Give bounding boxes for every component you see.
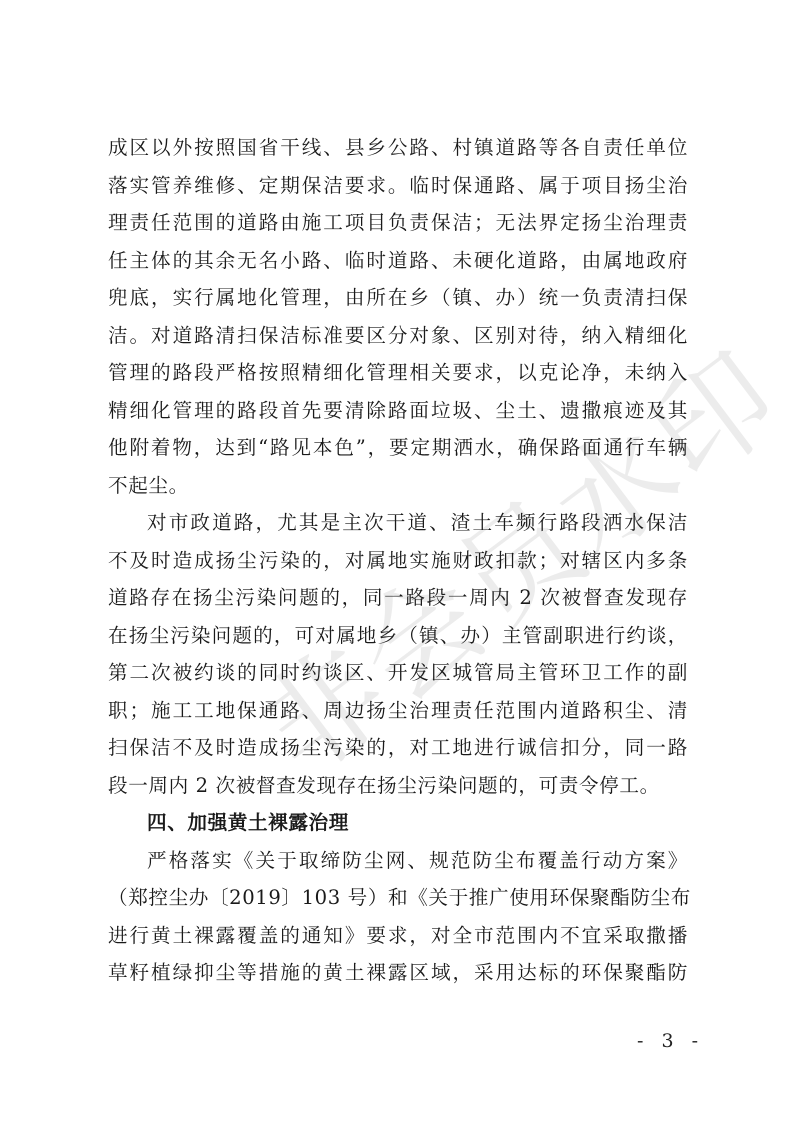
body-text: 成区以外按照国省干线、县乡公路、村镇道路等各自责任单位 落实管养维修、定期保洁要… (108, 129, 688, 992)
text-line: 扫保洁不及时造成扬尘污染的，对工地进行诚信扣分，同一路 (108, 729, 688, 767)
text-line: 草籽植绿抑尘等措施的黄土裸露区域，采用达标的环保聚酯防 (108, 954, 688, 992)
paragraph-3: 严格落实《关于取缔防尘网、规范防尘布覆盖行动方案》 （郑控尘办〔2019〕103… (108, 842, 688, 992)
text-line: （郑控尘办〔2019〕103 号）和《关于推广使用环保聚酯防尘布 (108, 879, 688, 917)
text-line: 段一周内 2 次被督查发现存在扬尘污染问题的，可责令停工。 (108, 767, 688, 805)
page-number: - 3 - (637, 1030, 704, 1052)
text-line: 精细化管理的路段首先要清除路面垃圾、尘土、遗撒痕迹及其 (108, 392, 688, 430)
text-line: 任主体的其余无名小路、临时道路、未硬化道路，由属地政府 (108, 242, 688, 280)
text-line: 严格落实《关于取缔防尘网、规范防尘布覆盖行动方案》 (108, 842, 688, 880)
text-line: 管理的路段严格按照精细化管理相关要求，以克论净，未纳入 (108, 354, 688, 392)
text-line: 进行黄土裸露覆盖的通知》要求，对全市范围内不宜采取撒播 (108, 917, 688, 955)
text-line: 理责任范围的道路由施工项目负责保洁；无法界定扬尘治理责 (108, 204, 688, 242)
text-line: 洁。对道路清扫保洁标准要区分对象、区别对待，纳入精细化 (108, 317, 688, 355)
text-line: 成区以外按照国省干线、县乡公路、村镇道路等各自责任单位 (108, 129, 688, 167)
document-page: 非会员水印 成区以外按照国省干线、县乡公路、村镇道路等各自责任单位 落实管养维修… (0, 0, 793, 1122)
text-line: 第二次被约谈的同时约谈区、开发区城管局主管环卫工作的副 (108, 654, 688, 692)
text-line: 职；施工工地保通路、周边扬尘治理责任范围内道路积尘、清 (108, 692, 688, 730)
section-heading: 四、加强黄土裸露治理 (108, 804, 688, 842)
text-line: 道路存在扬尘污染问题的，同一路段一周内 2 次被督查发现存 (108, 579, 688, 617)
paragraph-1: 成区以外按照国省干线、县乡公路、村镇道路等各自责任单位 落实管养维修、定期保洁要… (108, 129, 688, 504)
text-line: 兜底，实行属地化管理，由所在乡（镇、办）统一负责清扫保 (108, 279, 688, 317)
text-line: 不及时造成扬尘污染的，对属地实施财政扣款；对辖区内多条 (108, 542, 688, 580)
paragraph-2: 对市政道路，尤其是主次干道、渣土车频行路段洒水保洁 不及时造成扬尘污染的，对属地… (108, 504, 688, 804)
text-line: 落实管养维修、定期保洁要求。临时保通路、属于项目扬尘治 (108, 167, 688, 205)
text-line: 在扬尘污染问题的，可对属地乡（镇、办）主管副职进行约谈， (108, 617, 688, 655)
text-line: 对市政道路，尤其是主次干道、渣土车频行路段洒水保洁 (108, 504, 688, 542)
text-line: 不起尘。 (108, 467, 688, 505)
text-line: 他附着物，达到“路见本色”，要定期洒水，确保路面通行车辆 (108, 429, 688, 467)
